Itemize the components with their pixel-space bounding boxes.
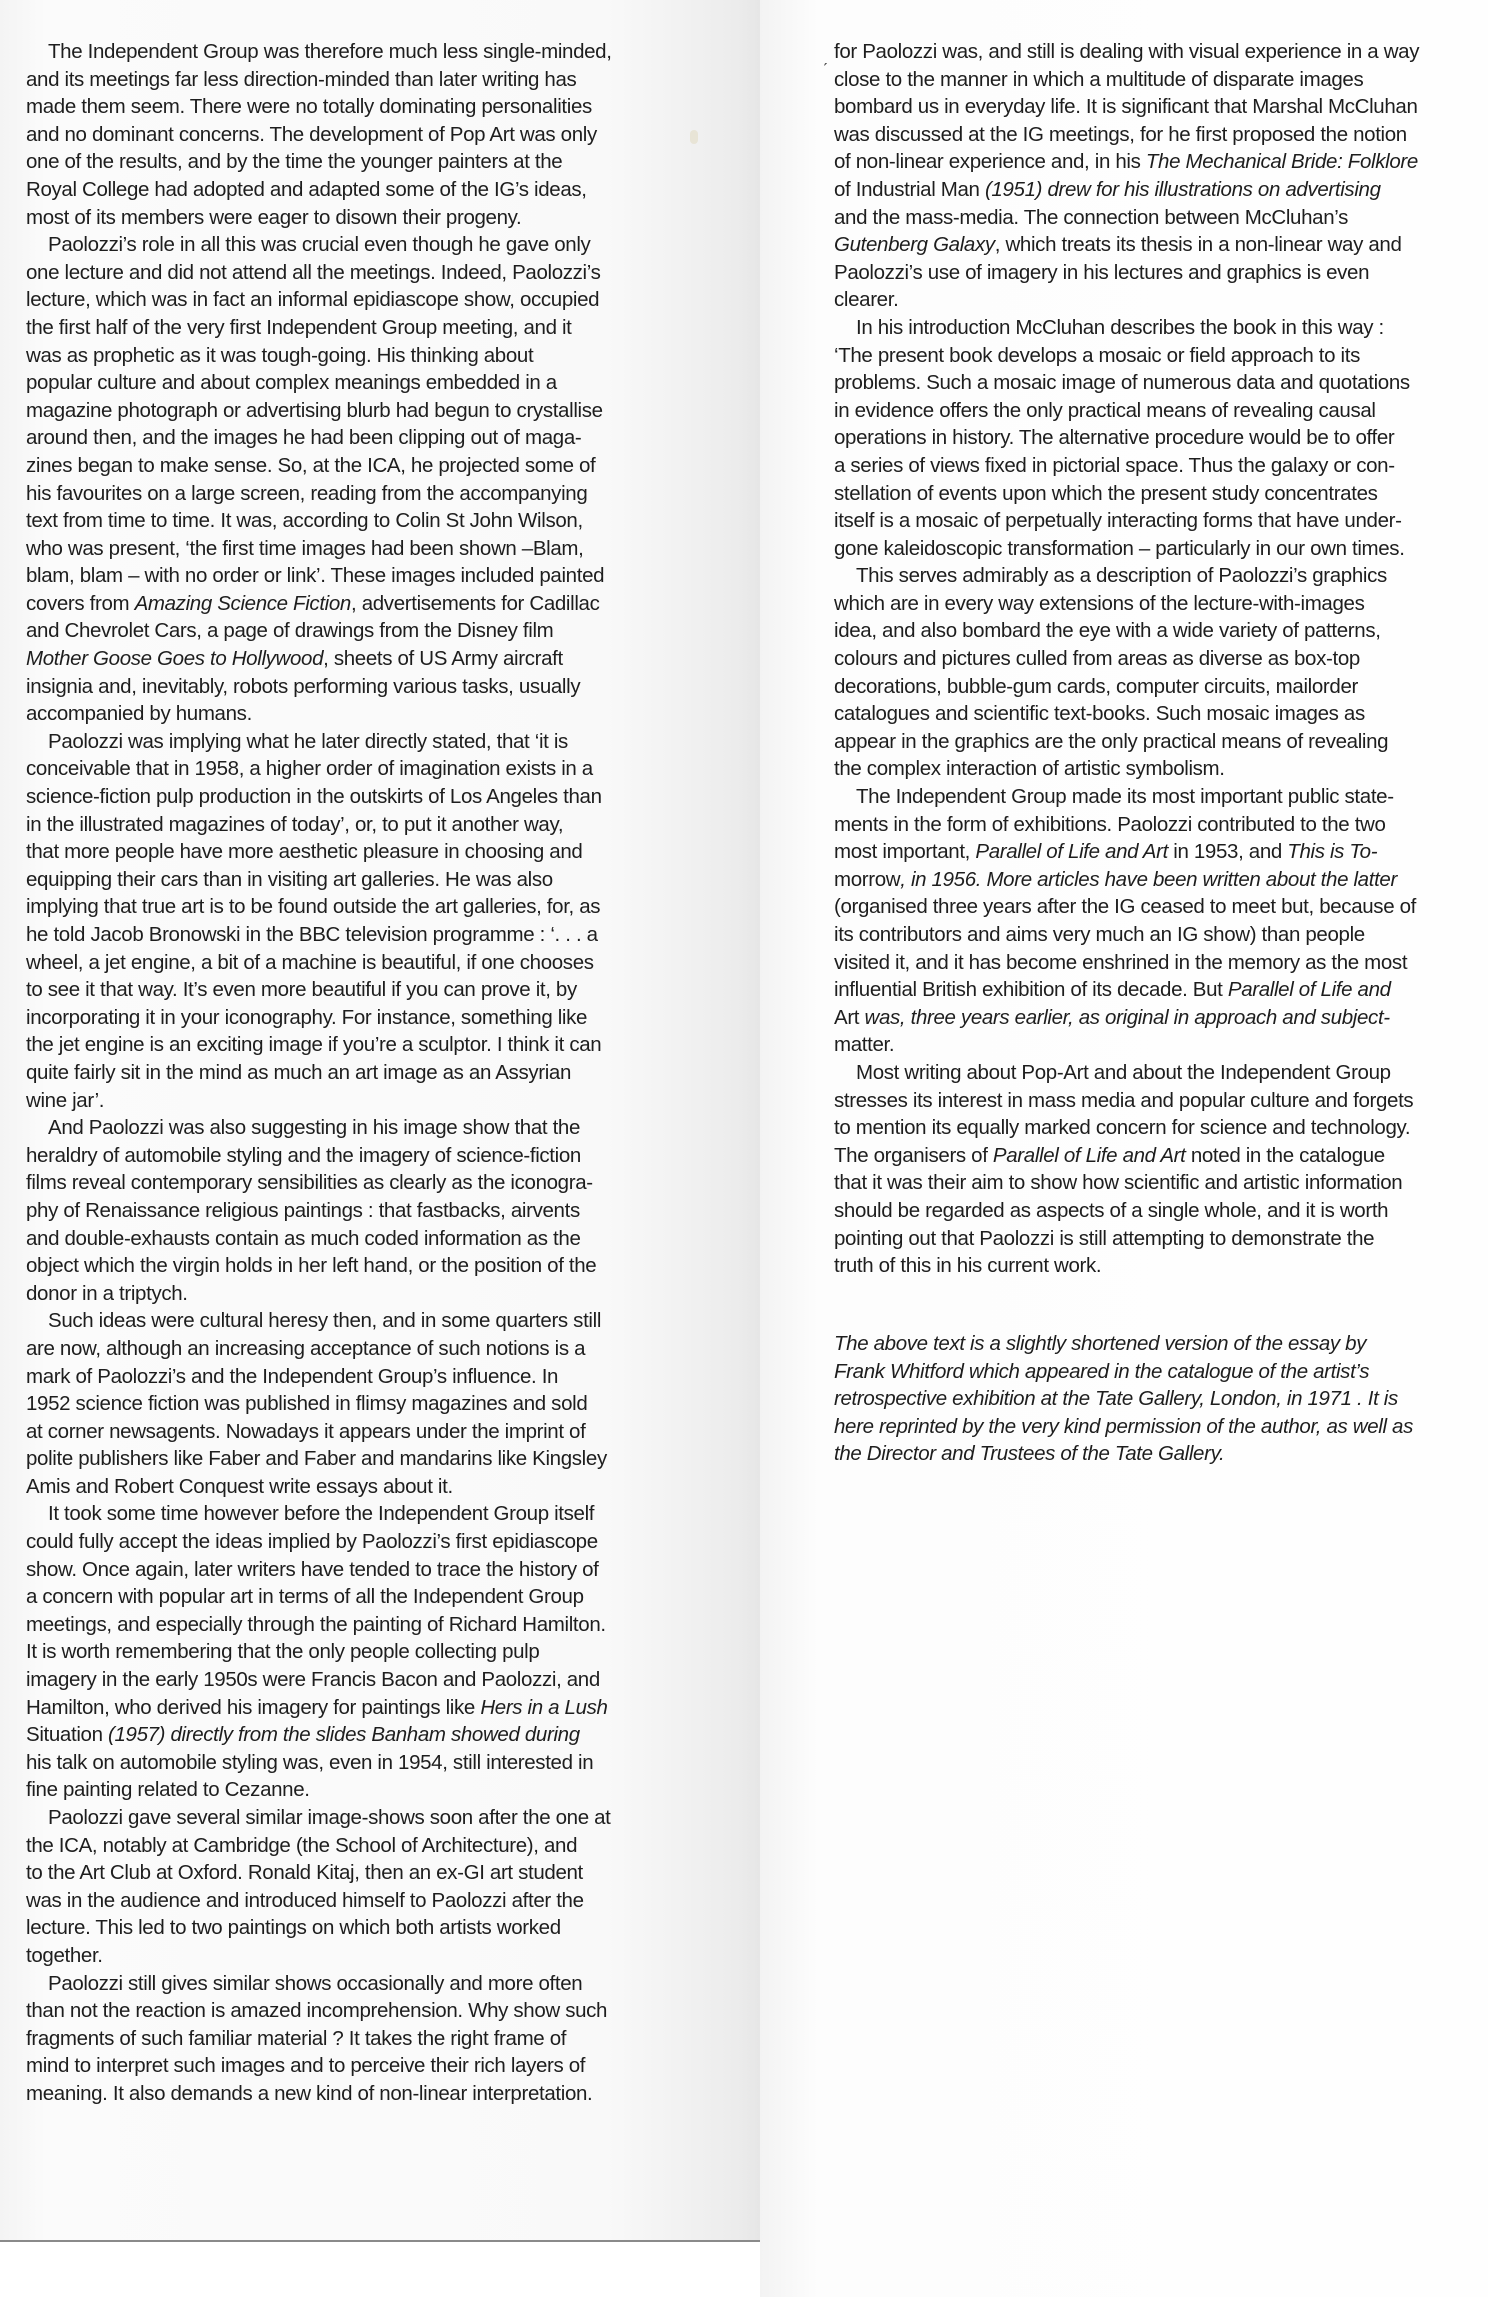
text-line: most of its members were eager to disown… (26, 204, 726, 232)
text-line: Most writing about Pop-Art and about the… (834, 1059, 1488, 1087)
footnote-line: The above text is a slightly shortened v… (834, 1330, 1488, 1358)
page-bottom-edge (0, 2240, 760, 2297)
text-line: stresses its interest in mass media and … (834, 1087, 1488, 1115)
text-line: equipping their cars than in visiting ar… (26, 866, 726, 894)
text-line: The Independent Group made its most impo… (834, 783, 1488, 811)
text-line: conceivable that in 1958, a higher order… (26, 755, 726, 783)
italic-title: Hers in a Lush (480, 1696, 607, 1719)
text-line: heraldry of automobile styling and the i… (26, 1142, 726, 1170)
text-line: to mention its equally marked concern fo… (834, 1114, 1488, 1142)
text-line: matter. (834, 1031, 1488, 1059)
footnote-line: retrospective exhibition at the Tate Gal… (834, 1385, 1488, 1413)
text-line: lecture, which was in fact an informal e… (26, 286, 726, 314)
text-line: Art was, three years earlier, as origina… (834, 1004, 1488, 1032)
text-line: fragments of such familiar material ? It… (26, 2025, 726, 2053)
text-line: covers from Amazing Science Fiction, adv… (26, 590, 726, 618)
text-line: science-fiction pulp production in the o… (26, 783, 726, 811)
text-line: catalogues and scientific text-books. Su… (834, 700, 1488, 728)
text-line: meetings, and especially through the pai… (26, 1611, 726, 1639)
text-line: implying that true art is to be found ou… (26, 893, 726, 921)
footnote-credit: The above text is a slightly shortened v… (834, 1330, 1488, 1468)
text-line: around then, and the images he had been … (26, 424, 726, 452)
text-line: bombard us in everyday life. It is signi… (834, 93, 1488, 121)
text-line: to the Art Club at Oxford. Ronald Kitaj,… (26, 1859, 726, 1887)
text-line: the first half of the very first Indepen… (26, 314, 726, 342)
text-line: close to the manner in which a multitude… (834, 66, 1488, 94)
text-line: show. Once again, later writers have ten… (26, 1556, 726, 1584)
text-line: The Independent Group was therefore much… (26, 38, 726, 66)
text-line: morrow, in 1956. More articles have been… (834, 866, 1488, 894)
italic-title: Parallel of Life and (1228, 978, 1391, 1001)
text-line: one lecture and did not attend all the m… (26, 259, 726, 287)
text-line: Hamilton, who derived his imagery for pa… (26, 1694, 726, 1722)
text-line: should be regarded as aspects of a singl… (834, 1197, 1488, 1225)
text-line: to see it that way. It’s even more beaut… (26, 976, 726, 1004)
text-line: the jet engine is an exciting image if y… (26, 1031, 726, 1059)
text-line: Paolozzi’s role in all this was crucial … (26, 231, 726, 259)
footnote-line: the Director and Trustees of the Tate Ga… (834, 1440, 1488, 1468)
text-line: and double-exhausts contain as much code… (26, 1225, 726, 1253)
text-line: could fully accept the ideas implied by … (26, 1528, 726, 1556)
italic-title: The Mechanical Bride: Folklore (1146, 150, 1418, 173)
text-line: object which the virgin holds in her lef… (26, 1252, 726, 1280)
italic-title: Mother Goose Goes to Hollywood (26, 647, 323, 670)
text-line: idea, and also bombard the eye with a wi… (834, 617, 1488, 645)
text-line: Gutenberg Galaxy, which treats its thesi… (834, 231, 1488, 259)
text-line: clearer. (834, 286, 1488, 314)
italic-title: Parallel of Life and Art (975, 840, 1168, 863)
text-line: and Chevrolet Cars, a page of drawings f… (26, 617, 726, 645)
text-line: truth of this in his current work. (834, 1252, 1488, 1280)
text-line: made them seem. There were no totally do… (26, 93, 726, 121)
text-line: popular culture and about complex meanin… (26, 369, 726, 397)
text-line: It took some time however before the Ind… (26, 1500, 726, 1528)
text-line: Paolozzi still gives similar shows occas… (26, 1970, 726, 1998)
text-line: ments in the form of exhibitions. Paoloz… (834, 811, 1488, 839)
text-line: together. (26, 1942, 726, 1970)
text-line: imagery in the early 1950s were Francis … (26, 1666, 726, 1694)
left-column-text: The Independent Group was therefore much… (26, 38, 726, 2108)
text-line: influential British exhibition of its de… (834, 976, 1488, 1004)
text-line: mark of Paolozzi’s and the Independent G… (26, 1363, 726, 1391)
text-line: fine painting related to Cezanne. (26, 1776, 726, 1804)
text-line: at corner newsagents. Nowadays it appear… (26, 1418, 726, 1446)
text-line: text from time to time. It was, accordin… (26, 507, 726, 535)
text-line: his favourites on a large screen, readin… (26, 480, 726, 508)
text-line: colours and pictures culled from areas a… (834, 645, 1488, 673)
text-line: he told Jacob Bronowski in the BBC telev… (26, 921, 726, 949)
text-line: magazine photograph or advertising blurb… (26, 397, 726, 425)
text-line: its contributors and aims very much an I… (834, 921, 1488, 949)
text-line: ‘The present book develops a mosaic or f… (834, 342, 1488, 370)
footnote-line: Frank Whitford which appeared in the cat… (834, 1358, 1488, 1386)
text-line: was as prophetic as it was tough-going. … (26, 342, 726, 370)
text-line: accompanied by humans. (26, 700, 726, 728)
text-line: a concern with popular art in terms of a… (26, 1583, 726, 1611)
text-line: the ICA, notably at Cambridge (the Schoo… (26, 1832, 726, 1860)
text-line: films reveal contemporary sensibilities … (26, 1169, 726, 1197)
italic-title: This is To- (1287, 840, 1377, 863)
text-line: of Industrial Man (1951) drew for his il… (834, 176, 1488, 204)
text-line: mind to interpret such images and to per… (26, 2052, 726, 2080)
text-line: meaning. It also demands a new kind of n… (26, 2080, 726, 2108)
text-line: Royal College had adopted and adapted so… (26, 176, 726, 204)
text-line: for Paolozzi was, and still is dealing w… (834, 38, 1488, 66)
text-line: in the illustrated magazines of today’, … (26, 811, 726, 839)
text-line: Paolozzi’s use of imagery in his lecture… (834, 259, 1488, 287)
text-line: The organisers of Parallel of Life and A… (834, 1142, 1488, 1170)
text-line: are now, although an increasing acceptan… (26, 1335, 726, 1363)
text-line: gone kaleidoscopic transformation – part… (834, 535, 1488, 563)
text-line: wine jar’. (26, 1087, 726, 1115)
text-line: in evidence offers the only practical me… (834, 397, 1488, 425)
text-line: and no dominant concerns. The developmen… (26, 121, 726, 149)
text-line: Amis and Robert Conquest write essays ab… (26, 1473, 726, 1501)
text-line: (organised three years after the IG ceas… (834, 893, 1488, 921)
text-line: Paolozzi gave several similar image-show… (26, 1804, 726, 1832)
italic-title: (1957) directly from the slides Banham s… (103, 1723, 580, 1746)
text-line: than not the reaction is amazed incompre… (26, 1997, 726, 2025)
text-line: In his introduction McCluhan describes t… (834, 314, 1488, 342)
text-line: his talk on automobile styling was, even… (26, 1749, 726, 1777)
text-line: wheel, a jet engine, a bit of a machine … (26, 949, 726, 977)
text-line: Such ideas were cultural heresy then, an… (26, 1307, 726, 1335)
text-line: 1952 science fiction was published in fl… (26, 1390, 726, 1418)
text-line: Situation (1957) directly from the slide… (26, 1721, 726, 1749)
italic-title: (1951) drew for his illustrations on adv… (980, 178, 1381, 201)
pen-tick-mark: ˏ (822, 46, 828, 67)
text-line: stellation of events upon which the pres… (834, 480, 1488, 508)
italic-title: was, three years earlier, as original in… (859, 1006, 1390, 1029)
text-line: lecture. This led to two paintings on wh… (26, 1914, 726, 1942)
text-line: was in the audience and introduced himse… (26, 1887, 726, 1915)
italic-title: Parallel of Life and Art (993, 1144, 1186, 1167)
text-line: itself is a mosaic of perpetually intera… (834, 507, 1488, 535)
footnote-line: here reprinted by the very kind permissi… (834, 1413, 1488, 1441)
text-line: decorations, bubble-gum cards, computer … (834, 673, 1488, 701)
text-line: appear in the graphics are the only prac… (834, 728, 1488, 756)
text-line: visited it, and it has become enshrined … (834, 949, 1488, 977)
text-line: one of the results, and by the time the … (26, 148, 726, 176)
text-line: quite fairly sit in the mind as much an … (26, 1059, 726, 1087)
italic-title: Gutenberg Galaxy (834, 233, 995, 256)
text-line: zines began to make sense. So, at the IC… (26, 452, 726, 480)
text-line: pointing out that Paolozzi is still atte… (834, 1225, 1488, 1253)
text-line: blam, blam – with no order or link’. The… (26, 562, 726, 590)
text-line: Mother Goose Goes to Hollywood, sheets o… (26, 645, 726, 673)
right-column-text: for Paolozzi was, and still is dealing w… (834, 38, 1488, 1280)
text-line: that more people have more aesthetic ple… (26, 838, 726, 866)
text-line: problems. Such a mosaic image of numerou… (834, 369, 1488, 397)
text-line: a series of views fixed in pictorial spa… (834, 452, 1488, 480)
text-line: that it was their aim to show how scient… (834, 1169, 1488, 1197)
text-line: and its meetings far less direction-mind… (26, 66, 726, 94)
text-line: phy of Renaissance religious paintings :… (26, 1197, 726, 1225)
text-line: operations in history. The alternative p… (834, 424, 1488, 452)
text-line: This serves admirably as a description o… (834, 562, 1488, 590)
text-line: of non-linear experience and, in his The… (834, 148, 1488, 176)
text-line: most important, Parallel of Life and Art… (834, 838, 1488, 866)
text-line: which are in every way extensions of the… (834, 590, 1488, 618)
text-line: donor in a triptych. (26, 1280, 726, 1308)
text-line: polite publishers like Faber and Faber a… (26, 1445, 726, 1473)
italic-title: Amazing Science Fiction (135, 592, 351, 615)
text-line: and the mass-media. The connection betwe… (834, 204, 1488, 232)
text-line: the complex interaction of artistic symb… (834, 755, 1488, 783)
italic-title: , in 1956. More articles have been writt… (900, 868, 1397, 891)
text-line: who was present, ‘the first time images … (26, 535, 726, 563)
text-line: It is worth remembering that the only pe… (26, 1638, 726, 1666)
text-line: Paolozzi was implying what he later dire… (26, 728, 726, 756)
text-line: incorporating it in your iconography. Fo… (26, 1004, 726, 1032)
text-line: And Paolozzi was also suggesting in his … (26, 1114, 726, 1142)
text-line: insignia and, inevitably, robots perform… (26, 673, 726, 701)
text-line: was discussed at the IG meetings, for he… (834, 121, 1488, 149)
